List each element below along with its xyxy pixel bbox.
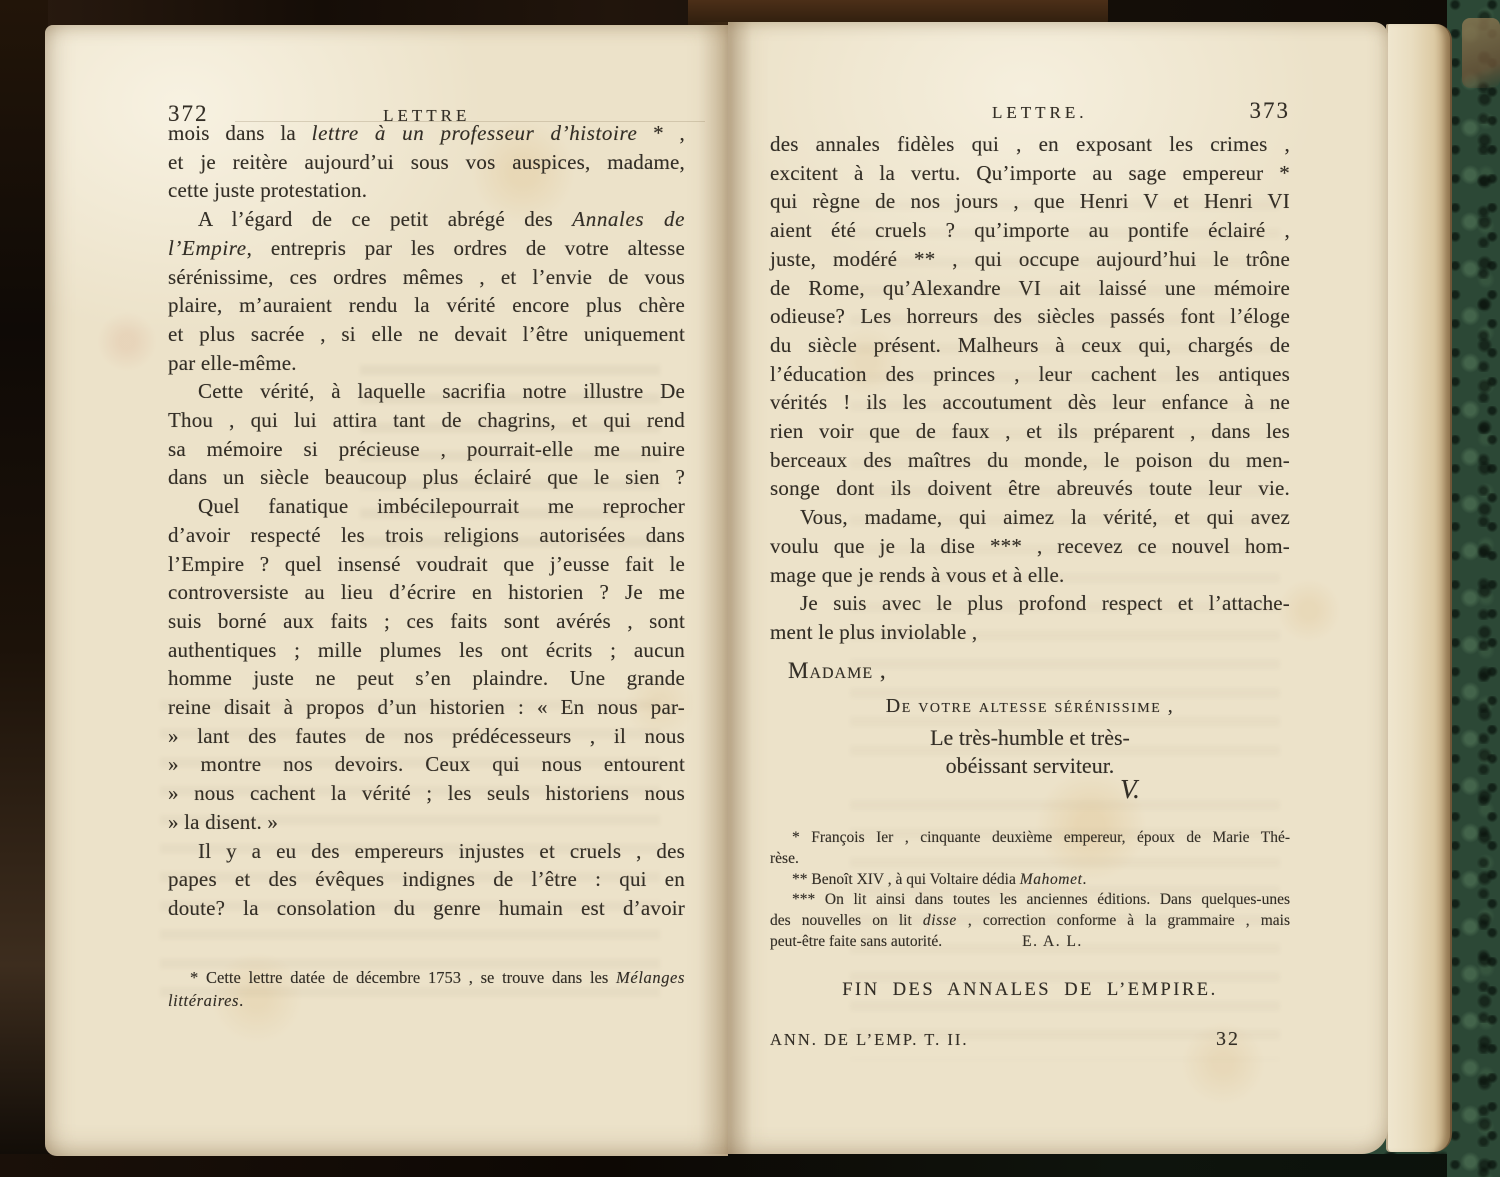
text-line: excitent à la vertu. Qu’importe au sage …: [770, 159, 1290, 188]
text-line: » la disent. »: [168, 808, 685, 837]
closing-humble: Le très-humble et très-: [770, 725, 1290, 751]
leather-edge-left: [0, 0, 48, 1177]
text-line: aient été cruels ? qu’importe au pontife…: [770, 216, 1290, 245]
text-line: » lant des fautes de nos prédécesseurs ,…: [168, 722, 685, 751]
text-line: mois dans la lettre à un professeur d’hi…: [168, 119, 685, 148]
text-line: ment le plus inviolable ,: [770, 618, 1290, 647]
text-line: l’Empire ? quel insensé voudrait que j’e…: [168, 550, 685, 579]
text-line: suis borné aux faits ; ces faits sont av…: [168, 607, 685, 636]
text-line: plaire, m’auraient rendu la vérité encor…: [168, 291, 685, 320]
text-line: homme juste ne peut s’en plaindre. Une g…: [168, 664, 685, 693]
footnote-editor-initials: E. A. L.: [1022, 933, 1083, 950]
text-line: songe dont ils doivent être abreuvés tou…: [770, 474, 1290, 503]
text-line: Thou , qui lui attira tant de chagrins, …: [168, 406, 685, 435]
text-line: des annales fidèles qui , en exposant le…: [770, 130, 1290, 159]
text-line: Je suis avec le plus profond respect et …: [770, 589, 1290, 618]
text-line: dans un siècle beaucoup plus éclairé que…: [168, 463, 685, 492]
closing-signature-v: V.: [870, 774, 1390, 805]
book-photo: 372 LETTRE mois dans la lettre à un prof…: [0, 0, 1500, 1177]
text-line: reine disait à propos d’un historien : «…: [168, 693, 685, 722]
text-line: l’Empire, entrepris par les ordres de vo…: [168, 234, 685, 263]
text-line: * Cette lettre datée de décembre 1753 , …: [168, 966, 685, 989]
page-number-right: 373: [1250, 98, 1291, 124]
marbled-cover-right: [1447, 0, 1500, 1177]
text-line: Vous, madame, qui aimez la vérité, et qu…: [770, 503, 1290, 532]
text-line: juste, modéré ** , qui occupe aujourd’hu…: [770, 245, 1290, 274]
text-line: authentiques ; mille plumes les ont écri…: [168, 636, 685, 665]
text-line: du siècle présent. Malheurs à ceux qui, …: [770, 331, 1290, 360]
text-line: l’éducation des princes , leur cachent l…: [770, 360, 1290, 389]
text-line: *** On lit ainsi dans toutes les ancienn…: [770, 890, 1290, 911]
page-right: LETTRE. 373 des annales fidèles qui , en…: [728, 22, 1388, 1154]
text-line: vérités ! ils les accoutument dès leur e…: [770, 388, 1290, 417]
text-line: d’avoir respecté les trois religions aut…: [168, 521, 685, 550]
text-line: des nouvelles on lit disse , correction …: [770, 911, 1290, 932]
text-line: cette juste protestation.: [168, 176, 685, 205]
page-left: 372 LETTRE mois dans la lettre à un prof…: [45, 25, 728, 1156]
text-line: * François Ier , cinquante deuxième empe…: [770, 828, 1290, 849]
closing-altesse: De votre altesse sérénissime ,: [770, 695, 1290, 718]
cover-wear-patch: [1462, 18, 1500, 88]
text-line: sa mémoire si précieuse , pourrait-elle …: [168, 435, 685, 464]
gathering-number: 32: [1216, 1028, 1240, 1051]
left-page-footnote: * Cette lettre datée de décembre 1753 , …: [168, 966, 685, 1012]
leather-edge-bottom: [0, 1154, 1500, 1177]
text-line: par elle-même.: [168, 349, 685, 378]
right-header: LETTRE. 373: [770, 98, 1290, 124]
text-line: berceaux des maîtres du monde, le poison…: [770, 446, 1290, 475]
text-line: A l’égard de ce petit abrégé des Annales…: [168, 205, 685, 234]
text-line: peut-être faite sans autorité.E. A. L.: [770, 932, 1290, 953]
text-line: » nous cachent la vérité ; les seuls his…: [168, 779, 685, 808]
text-line: controversiste au lieu d’écrire en histo…: [168, 578, 685, 607]
text-line: Il y a eu des empereurs injustes et crue…: [168, 837, 685, 866]
text-line: et je reitère aujourd’ui sous vos auspic…: [168, 148, 685, 177]
text-line: rien voir que de faux , et ils préparent…: [770, 417, 1290, 446]
page-edge-stack: [1386, 24, 1452, 1152]
text-line: Quel fanatique imbécilepourrait me repro…: [168, 492, 685, 521]
running-head-right: LETTRE.: [830, 103, 1250, 123]
text-line: de Rome, qu’Alexandre VI ait laissé une …: [770, 274, 1290, 303]
text-line: ** Benoît XIV , à qui Voltaire dédia Mah…: [770, 870, 1290, 891]
right-page-footnotes: * François Ier , cinquante deuxième empe…: [770, 828, 1290, 953]
text-line: » montre nos devoirs. Ceux qui nous ento…: [168, 750, 685, 779]
text-line: odieuse? Les horreurs des siècles passés…: [770, 302, 1290, 331]
text-line: papes et des évêques indignes de l’être …: [168, 865, 685, 894]
text-line: littéraires.: [168, 989, 685, 1012]
text-line: rèse.: [770, 849, 1290, 870]
left-page-body: mois dans la lettre à un professeur d’hi…: [168, 119, 685, 923]
text-line: qui règne de nos jours , que Henri V et …: [770, 187, 1290, 216]
text-line: voulu que je la dise *** , recevez ce no…: [770, 532, 1290, 561]
text-line: Cette vérité, à laquelle sacrifia notre …: [168, 377, 685, 406]
text-line: et plus sacrée , si elle ne devait l’êtr…: [168, 320, 685, 349]
closing-madame: Madame ,: [788, 658, 887, 684]
text-line: doute? la consolation du genre humain es…: [168, 894, 685, 923]
text-line: sérénissime, ces ordres mêmes , et l’env…: [168, 263, 685, 292]
right-page-footer: ANN. DE L’EMP. T. II. 32: [770, 1028, 1290, 1051]
volume-signature: ANN. DE L’EMP. T. II.: [770, 1030, 968, 1050]
text-line: mage que je rends à vous et à elle.: [770, 561, 1290, 590]
right-page-body: des annales fidèles qui , en exposant le…: [770, 130, 1290, 647]
fin-line: FIN DES ANNALES DE L’EMPIRE.: [770, 980, 1290, 1001]
